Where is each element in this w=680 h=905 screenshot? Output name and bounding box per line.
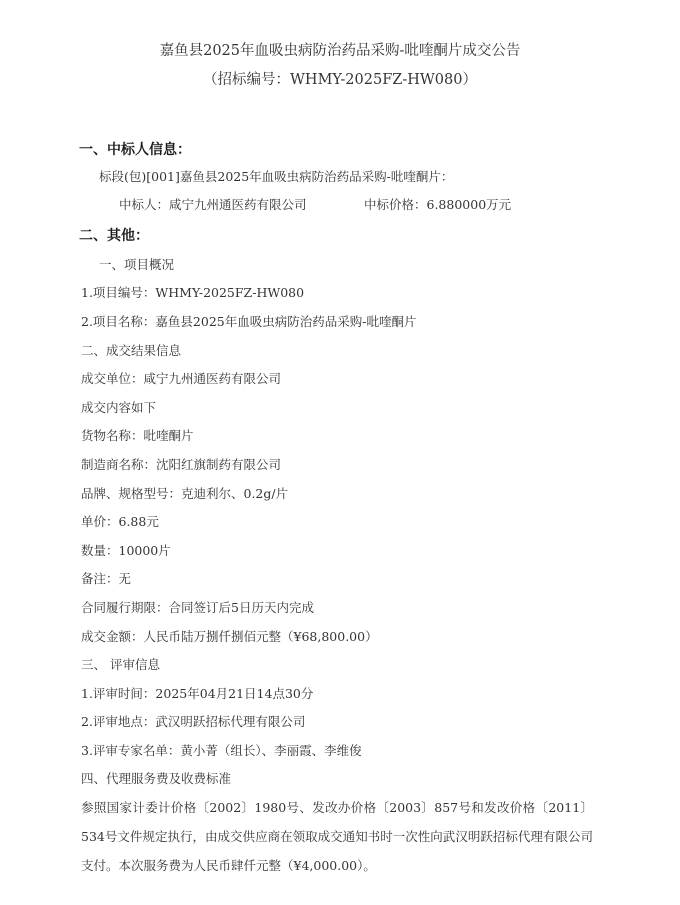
project-name: 2.项目名称：嘉鱼县2025年血吸虫病防治药品采购-吡喹酮片 — [81, 314, 416, 330]
quantity: 数量：10000片 — [81, 543, 171, 559]
subheading-result-info: 二、成交结果信息 — [81, 343, 181, 359]
contract-period: 合同履行期限：合同签订后5日历天内完成 — [81, 600, 314, 616]
section-heading-other: 二、其他： — [79, 228, 149, 244]
lot-info: 标段(包)[001]嘉鱼县2025年血吸虫病防治药品采购-吡喹酮片： — [99, 169, 453, 185]
document-subtitle: （招标编号：WHMY-2025FZ-HW080） — [0, 72, 680, 88]
unit-price: 单价：6.88元 — [81, 514, 159, 530]
subheading-agency-fee: 四、代理服务费及收费标准 — [81, 771, 231, 787]
subheading-project-overview: 一、项目概况 — [99, 257, 174, 273]
deal-amount: 成交金额：人民币陆万捌仟捌佰元整（¥68,800.00） — [81, 629, 378, 645]
manufacturer-name: 制造商名称：沈阳红旗制药有限公司 — [81, 457, 281, 473]
agency-fee-paragraph: 参照国家计委计价格〔2002〕1980号、发改办价格〔2003〕857号和发改价… — [81, 793, 593, 880]
winner-name: 中标人：咸宁九州通医药有限公司 — [119, 197, 307, 213]
goods-name: 货物名称：吡喹酮片 — [81, 428, 194, 444]
review-experts: 3.评审专家名单：黄小菁（组长）、李丽霞、李维俊 — [81, 743, 362, 759]
project-number: 1.项目编号：WHMY-2025FZ-HW080 — [81, 285, 304, 301]
section-heading-winner-info: 一、中标人信息： — [79, 142, 191, 158]
remark: 备注：无 — [81, 571, 131, 587]
document-title: 嘉鱼县2025年血吸虫病防治药品采购-吡喹酮片成交公告 — [0, 43, 680, 59]
deal-unit: 成交单位：咸宁九州通医药有限公司 — [81, 371, 281, 387]
subheading-review-info: 三、 评审信息 — [81, 657, 160, 673]
review-time: 1.评审时间：2025年04月21日14点30分 — [81, 686, 313, 702]
winning-price: 中标价格：6.880000万元 — [364, 197, 511, 213]
review-place: 2.评审地点：武汉明跃招标代理有限公司 — [81, 714, 305, 730]
deal-content-intro: 成交内容如下 — [81, 400, 156, 416]
brand-spec: 品牌、规格型号：克迪利尔、0.2g/片 — [81, 486, 288, 502]
